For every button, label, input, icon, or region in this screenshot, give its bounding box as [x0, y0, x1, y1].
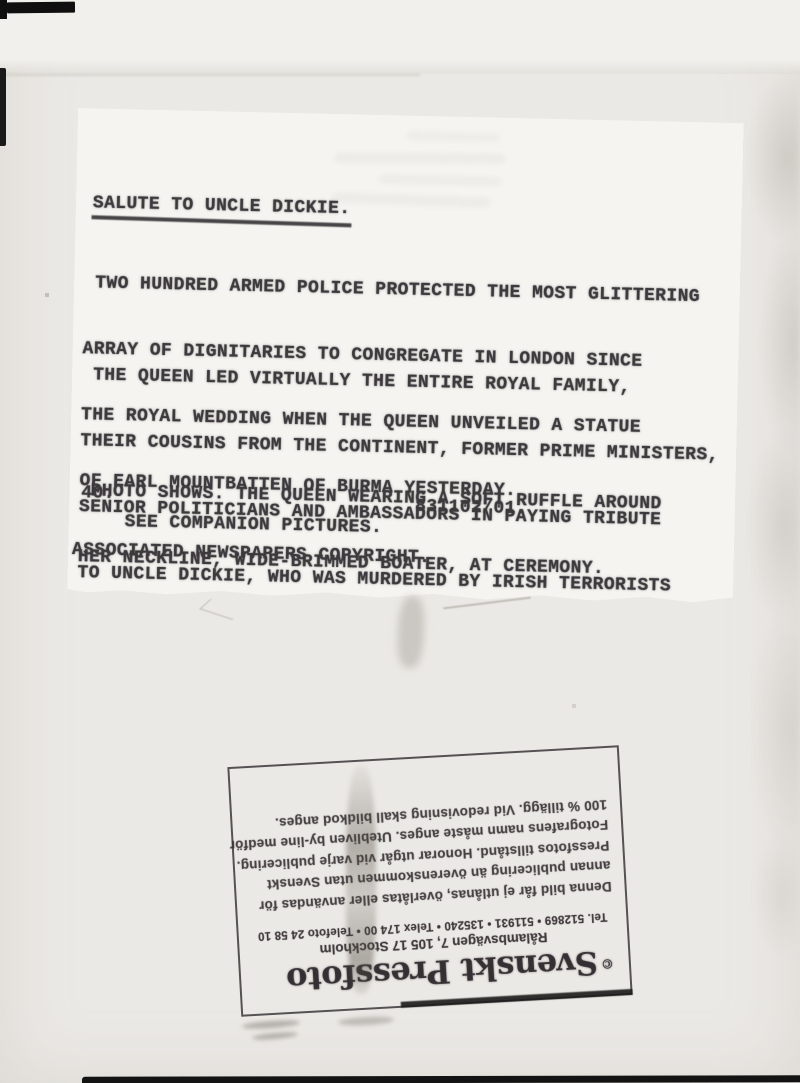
caption-number: 40. [81, 482, 115, 505]
pressfoto-stamp: ©Svenskt Pressfoto Rålambsvägen 7, 105 1… [227, 745, 632, 1016]
caption-line: TWO HUNDRED ARMED POLICE PROTECTED THE M… [84, 272, 700, 308]
torn-edge-mark [199, 599, 243, 620]
ghost-text-smudge [335, 153, 505, 163]
stamp-terms: Denna bild får ej utlånas, överlåtas ell… [245, 794, 612, 917]
paper-seam-line [0, 74, 420, 76]
photo-back-scan: SALUTE TO UNCLE DICKIE. TWO HUNDRED ARME… [0, 0, 800, 1083]
right-edge-mottling [738, 48, 800, 968]
caption-line: PHOTO SHOWS. THE QUEEN WEARING A SOFT RU… [79, 480, 662, 515]
ghost-text-smudge [332, 193, 490, 207]
scan-artifact-top-left-corner [0, 0, 7, 19]
caption-sheet: SALUTE TO UNCLE DICKIE. TWO HUNDRED ARME… [67, 108, 744, 609]
scan-artifact-left-edge [0, 68, 6, 146]
pencil-smudge [252, 1031, 298, 1041]
stamp-heavy-border [401, 989, 633, 1008]
pencil-smudge [242, 1019, 300, 1030]
ink-smear [346, 766, 376, 994]
copyright-symbol-icon: © [600, 955, 614, 971]
ghost-text-smudge [407, 131, 499, 141]
paper-top-band [0, 0, 800, 74]
scan-artifact-top-left [7, 2, 75, 14]
scan-artifact-bottom-edge [82, 1075, 800, 1083]
caption-line: THE QUEEN LED VIRTUALLY THE ENTIRE ROYAL… [82, 364, 721, 400]
pencil-smudge [396, 595, 426, 668]
ghost-text-smudge [379, 175, 501, 186]
caption-line: IN 1979. [76, 628, 715, 664]
photo-code: 831102/01. [415, 496, 528, 521]
pencil-smudge [338, 1016, 394, 1027]
